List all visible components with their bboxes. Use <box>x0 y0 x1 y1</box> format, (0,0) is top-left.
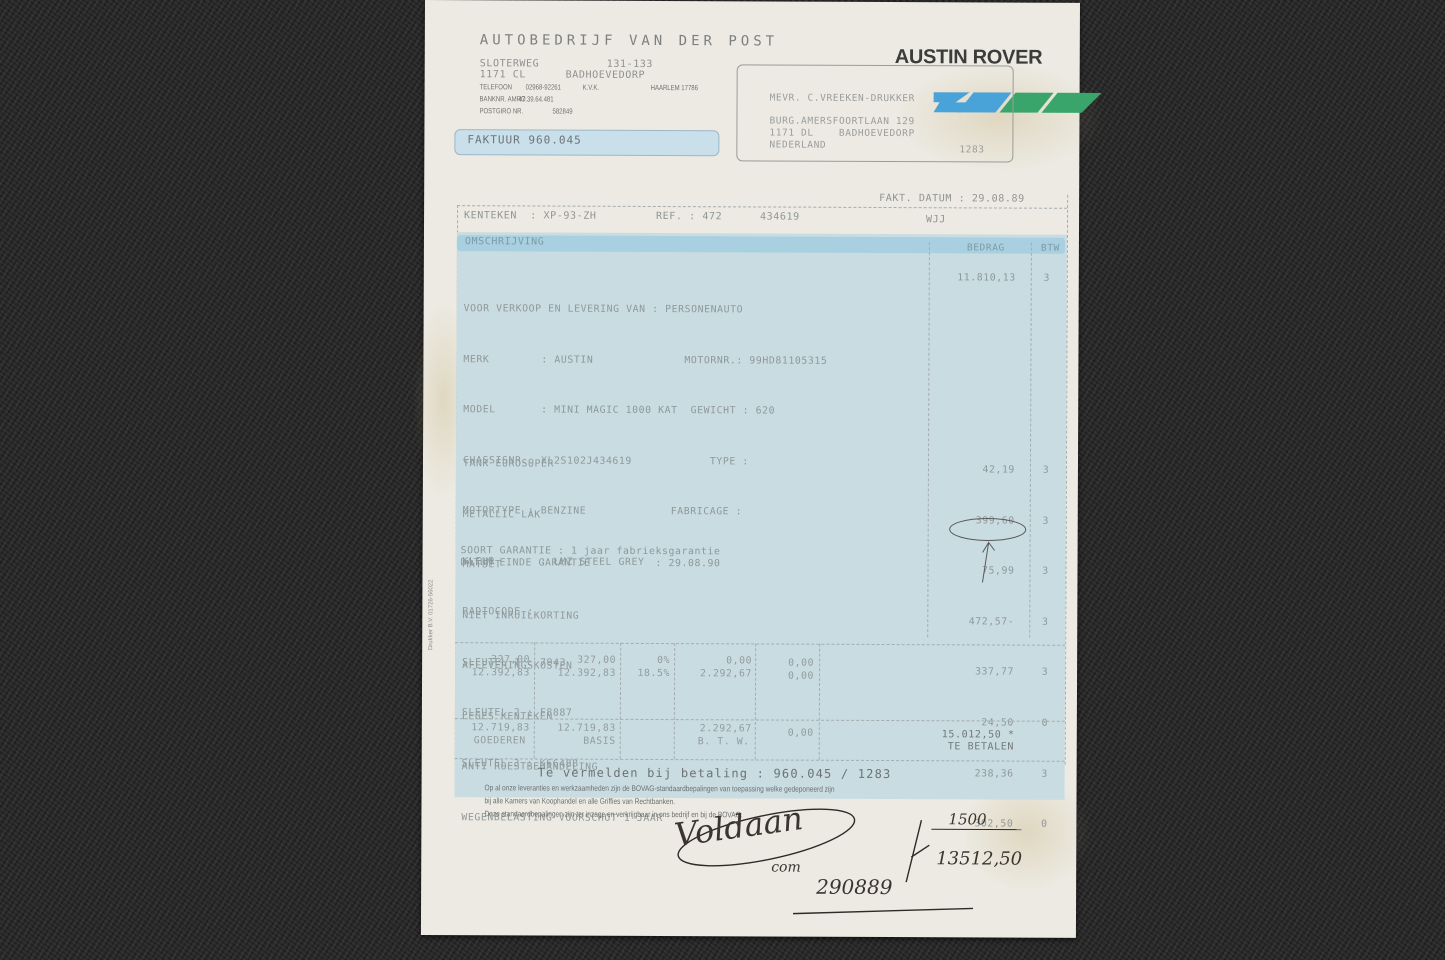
handwritten-small-note: 1500 <box>948 810 987 828</box>
handwritten-amount: 13512,50 <box>936 848 1022 869</box>
signature-text: Voldaan <box>672 799 805 854</box>
handwritten-date: 290889 <box>815 875 893 899</box>
handwritten-com: com <box>771 860 801 876</box>
invoice-paper: AUTOBEDRIJF VAN DER POST SLOTERWEG 131-1… <box>421 0 1080 938</box>
handwritten-annotations: Voldaan com 1500 13512,50 290889 <box>421 0 1080 938</box>
